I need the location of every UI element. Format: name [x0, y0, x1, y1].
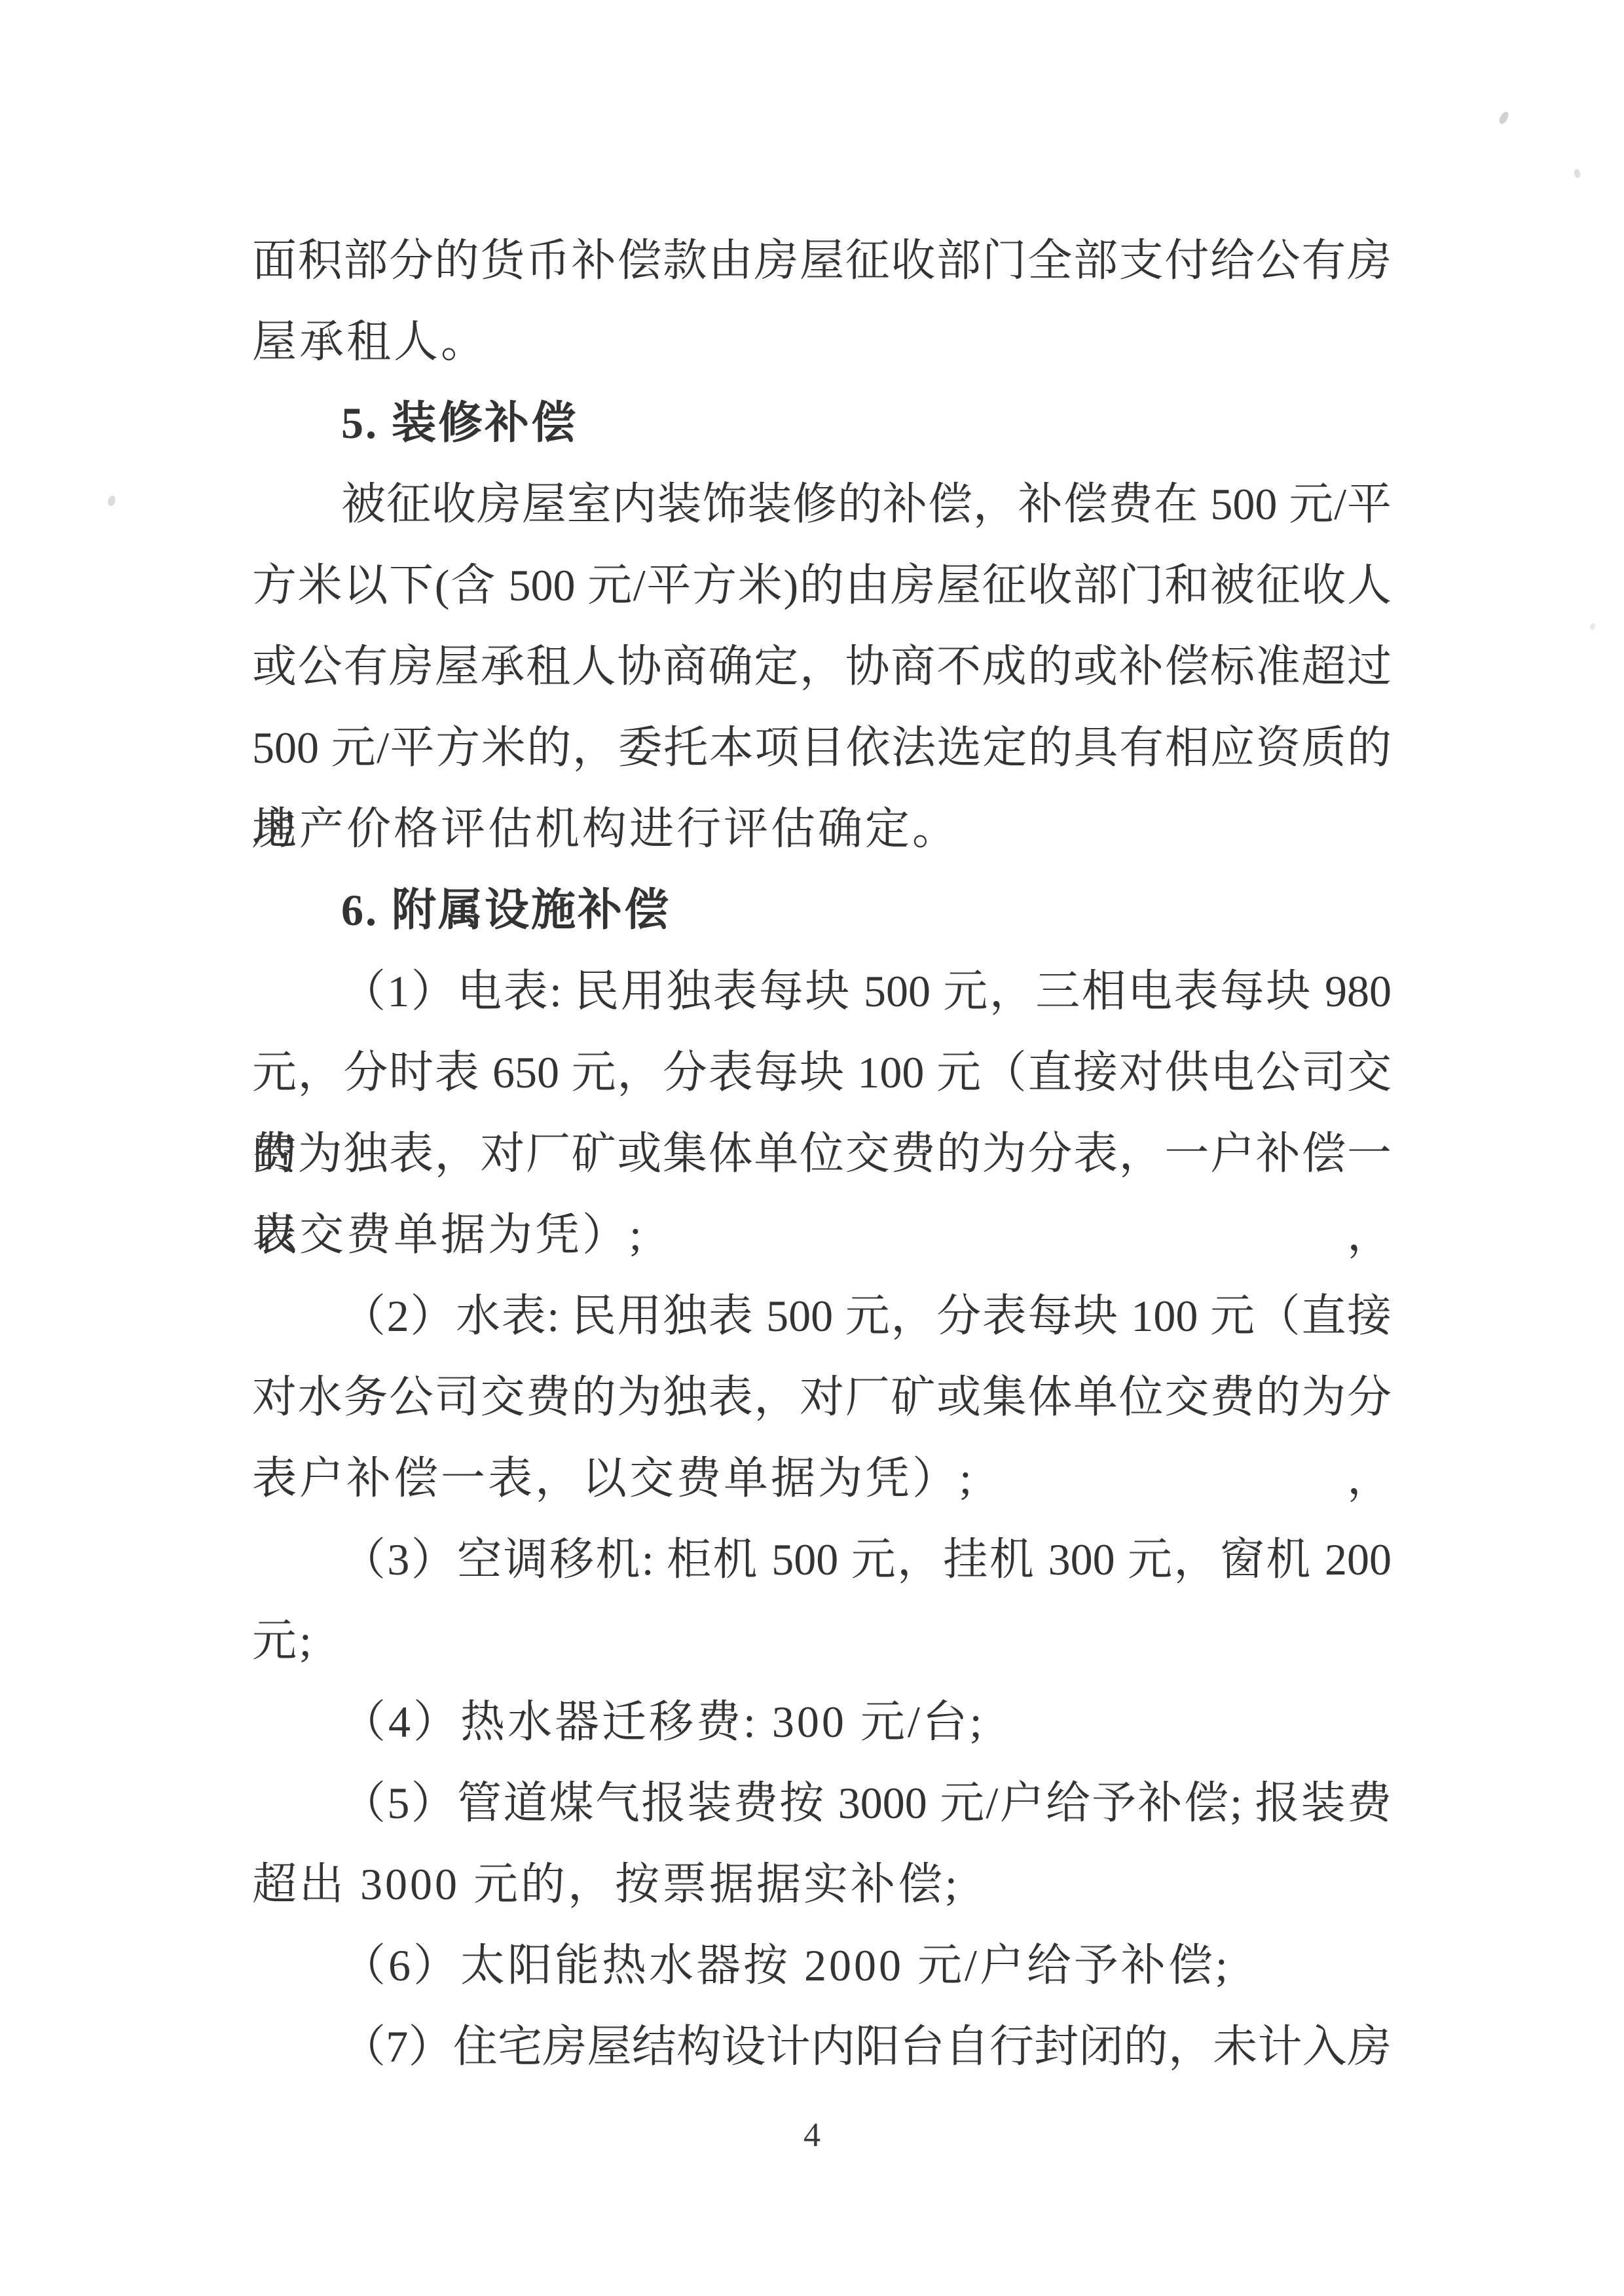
body-line: 屋承租人。 — [252, 301, 1392, 382]
body-line: 元，分时表 650 元，分表每块 100 元（直接对供电公司交费 — [252, 1032, 1392, 1113]
body-line: 超出 3000 元的，按票据据实补偿; — [252, 1844, 1392, 1925]
body-line: 的为独表，对厂矿或集体单位交费的为分表，一户补偿一表， — [252, 1113, 1392, 1194]
body-line: 对水务公司交费的为独表，对厂矿或集体单位交费的为分表， — [252, 1357, 1392, 1438]
body-line: （1）电表: 民用独表每块 500 元，三相电表每块 980 — [252, 951, 1392, 1032]
body-line: 或公有房屋承租人协商确定，协商不成的或补偿标准超过 — [252, 626, 1392, 707]
section-heading-5: 5. 装修补偿 — [252, 382, 1392, 464]
body-line: （3）空调移机: 柜机 500 元，挂机 300 元，窗机 200 — [252, 1519, 1392, 1600]
scanned-page: 面积部分的货币补偿款由房屋征收部门全部支付给公有房 屋承租人。 5. 装修补偿 … — [0, 0, 1624, 2296]
body-line: 面积部分的货币补偿款由房屋征收部门全部支付给公有房 — [252, 220, 1392, 301]
section-heading-6: 6. 附属设施补偿 — [252, 869, 1392, 951]
body-line: （6）太阳能热水器按 2000 元/户给予补偿; — [252, 1925, 1392, 2006]
body-line: 元; — [252, 1600, 1392, 1681]
body-line: 地产价格评估机构进行评估确定。 — [252, 788, 1392, 869]
body-line: 方米以下(含 500 元/平方米)的由房屋征收部门和被征收人 — [252, 545, 1392, 626]
page-footer: 4 — [0, 2116, 1624, 2155]
page-number: 4 — [803, 2117, 821, 2154]
document-body: 面积部分的货币补偿款由房屋征收部门全部支付给公有房 屋承租人。 5. 装修补偿 … — [252, 220, 1392, 2087]
body-line: （5）管道煤气报装费按 3000 元/户给予补偿; 报装费 — [252, 1762, 1392, 1844]
body-line: 被征收房屋室内装饰装修的补偿，补偿费在 500 元/平 — [252, 464, 1392, 545]
body-line: 500 元/平方米的，委托本项目依法选定的具有相应资质的房 — [252, 707, 1392, 788]
scan-speck — [1590, 623, 1595, 630]
body-line: （2）水表: 民用独表 500 元，分表每块 100 元（直接 — [252, 1275, 1392, 1357]
scan-speck — [1573, 168, 1581, 179]
body-line: （7）住宅房屋结构设计内阳台自行封闭的，未计入房 — [252, 2006, 1392, 2087]
scan-speck — [1498, 111, 1509, 126]
scan-speck — [107, 495, 116, 506]
body-line: （4）热水器迁移费: 300 元/台; — [252, 1681, 1392, 1762]
